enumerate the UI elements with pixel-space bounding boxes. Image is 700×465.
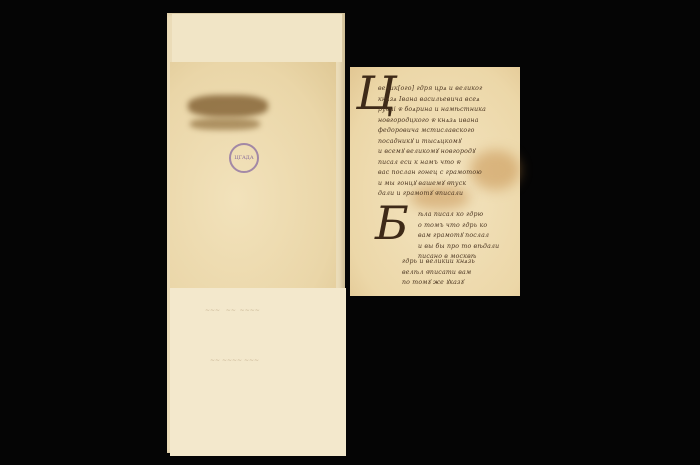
document-stain [190, 118, 260, 130]
faint-writing: ~~~ ~~ ~~~~ [205, 305, 260, 317]
decorative-initial: Б [375, 196, 409, 250]
letter-text-block: велик[ого] гдря црѧ и великогкнѧзѧ Івана… [378, 84, 486, 200]
faint-writing: ~~ ~~~~ ~~~ [210, 355, 259, 367]
letter-footer-text: гдрь и великии кнѧзьвелѣл ѿписати вампо … [402, 257, 475, 289]
document-stain [188, 95, 268, 117]
archive-stamp: ЦГАДА [229, 143, 259, 173]
left-document-top-fold [172, 14, 342, 62]
letter-text-block: ѣла писал ко гдрюо томъ что гдрь ковам г… [418, 210, 499, 263]
stamp-text: ЦГАДА [234, 155, 253, 161]
